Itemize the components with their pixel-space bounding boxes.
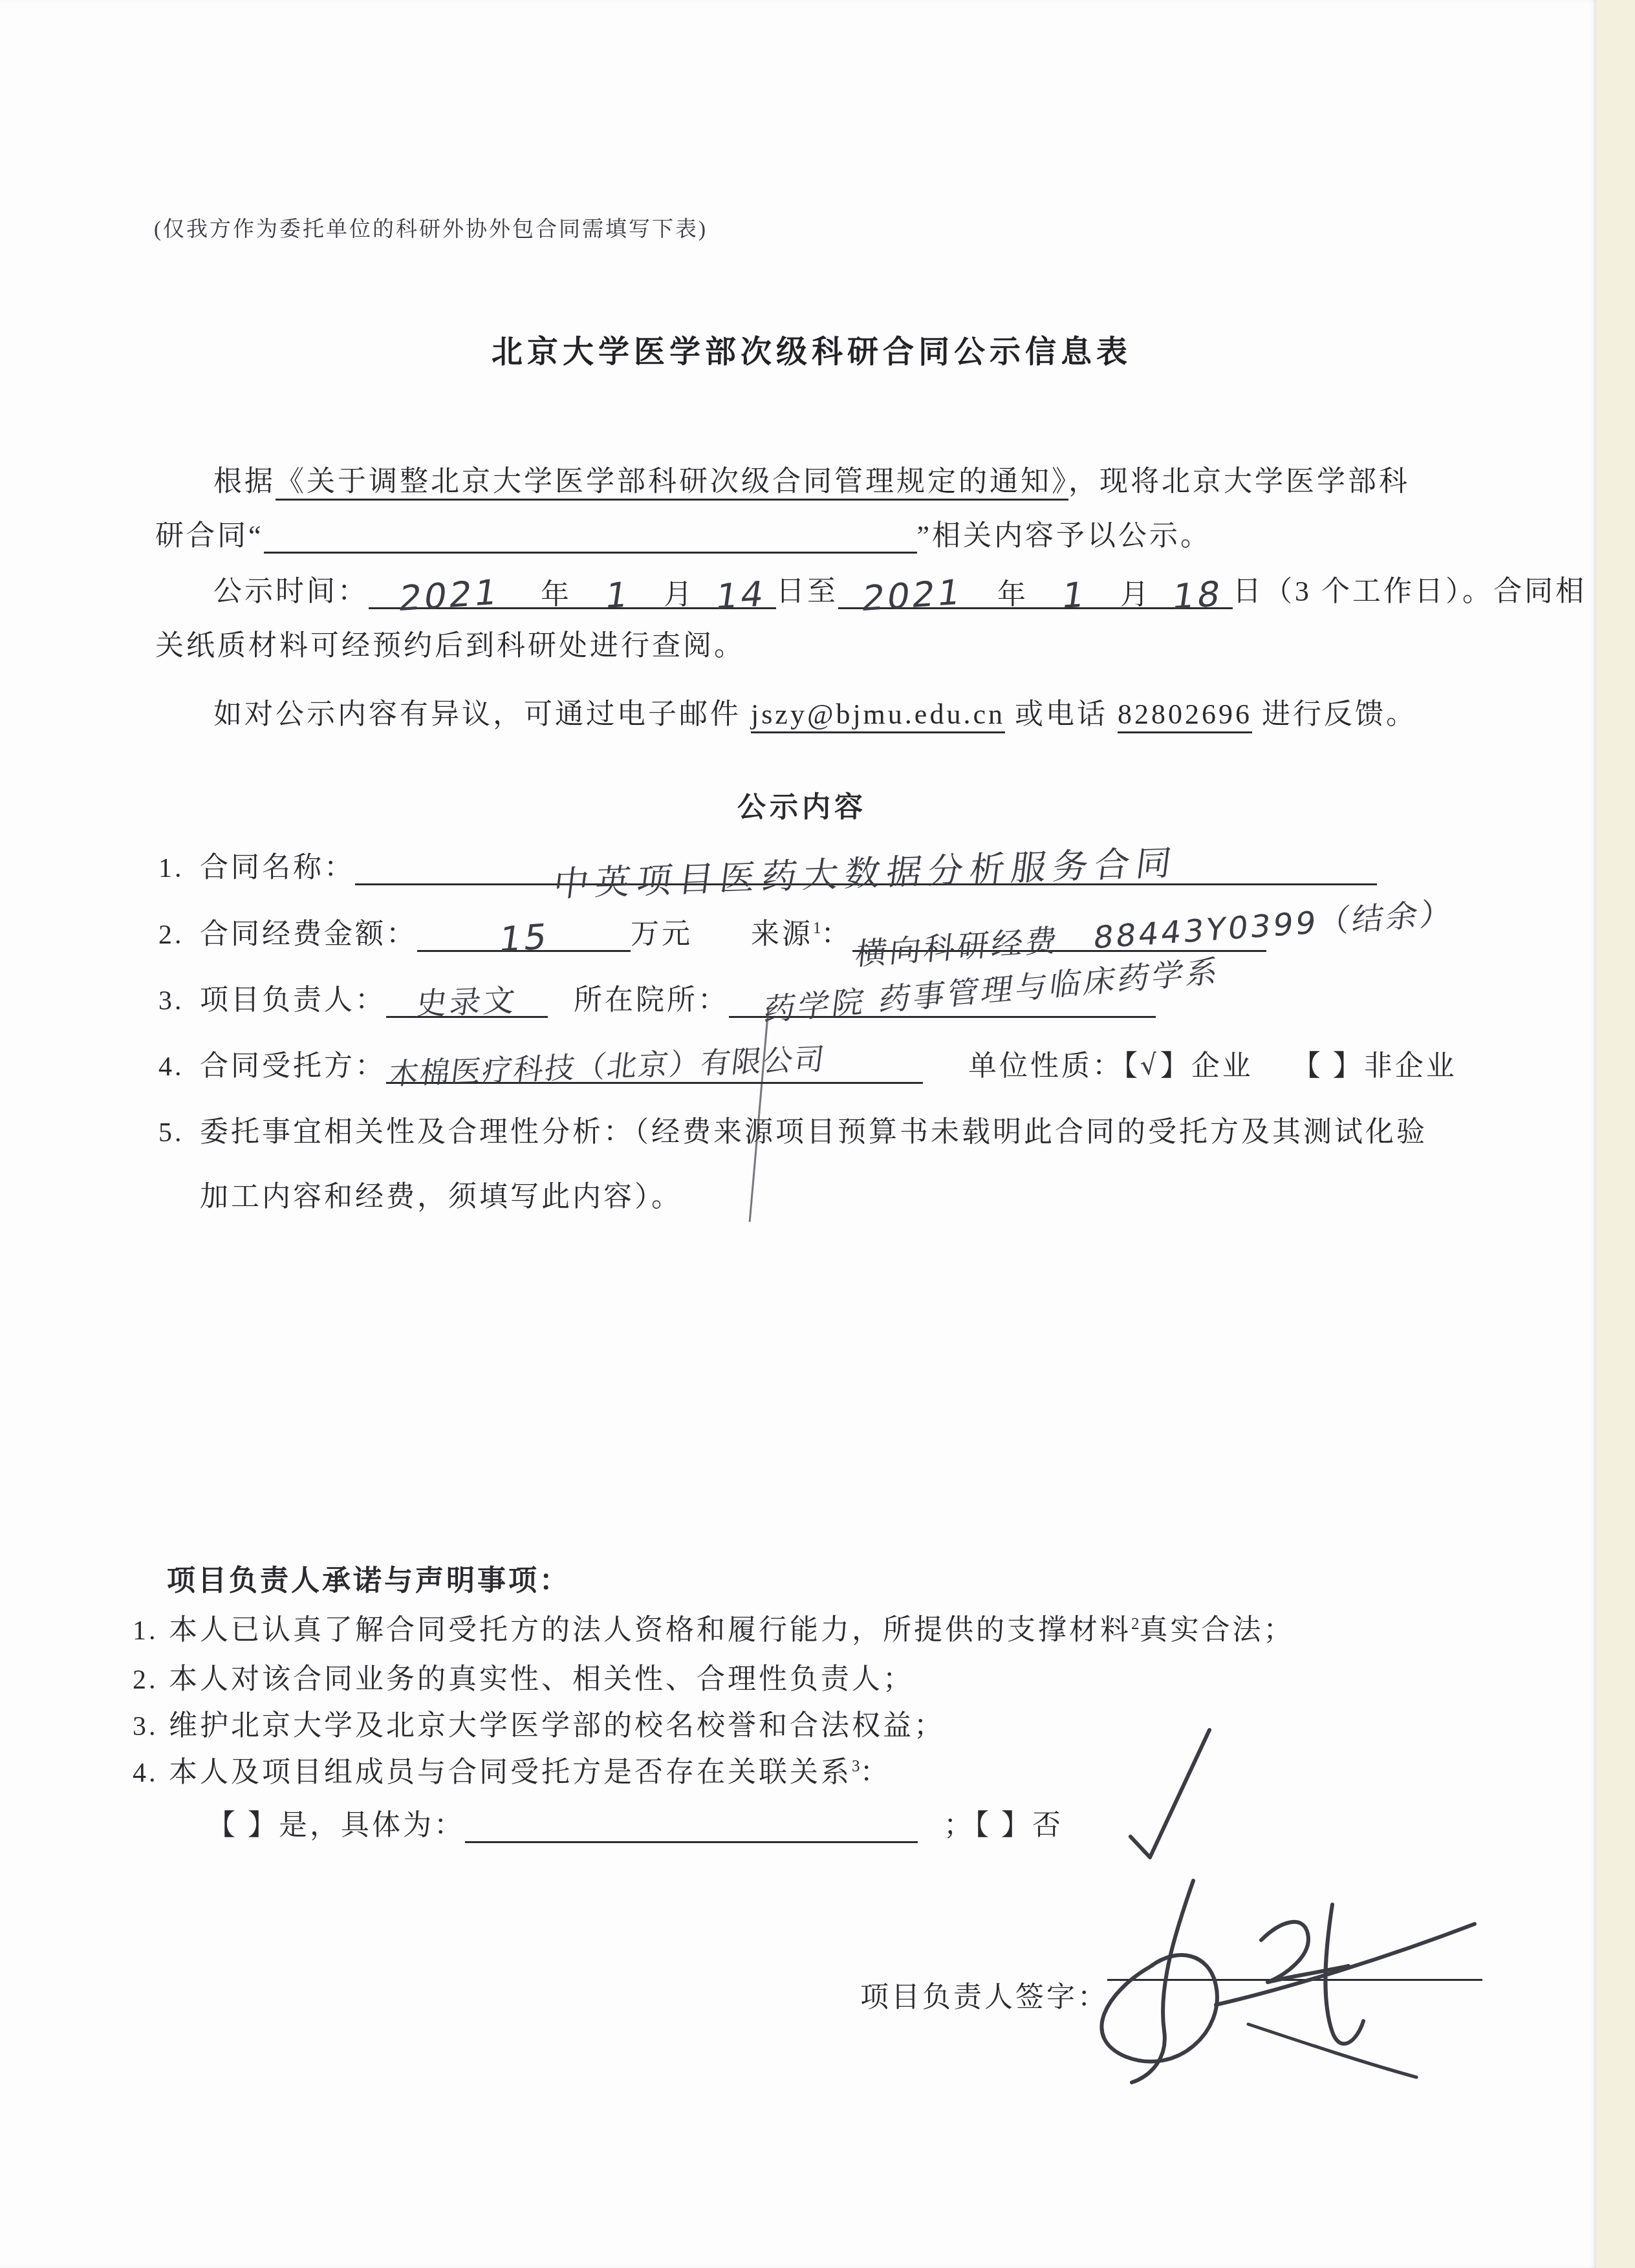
item-contractor: 4.合同受托方：木棉医疗科技（北京）有限公司单位性质：【√】企业【 】非企业	[158, 1042, 1457, 1084]
noncompany-bracket: 【 】	[1292, 1050, 1364, 1082]
item3-number: 3.	[158, 986, 200, 1017]
end-month-blank: 1	[1039, 571, 1110, 609]
decl2-text: 本人对该合同业务的真实性、相关性、合理性负责人；	[169, 1663, 914, 1695]
noncompany-option: 非企业	[1364, 1050, 1457, 1082]
form-title: 北京大学医学部次级科研合同公示信息表	[492, 327, 1132, 371]
leader-signature-handwritten	[1054, 1869, 1494, 2089]
item2-label: 合同经费金额：	[200, 918, 417, 950]
relation-no-checkmark-handwritten	[1112, 1707, 1242, 1869]
dept-label: 所在院所：	[574, 984, 729, 1016]
publicity-label: 公示时间：	[213, 568, 369, 609]
contractor-blank: 木棉医疗科技（北京）有限公司	[386, 1046, 923, 1084]
relation-no-text: 否	[1032, 1809, 1063, 1841]
amount-unit: 万元	[631, 918, 693, 950]
regulation-title: 《关于调整北京大学医学部科研次级合同管理规定的通知》	[276, 466, 1068, 501]
item-analysis-line1: 5.委托事宜相关性及合理性分析：（经费来源项目预算书未载明此合同的受托方及其测试…	[158, 1108, 1427, 1150]
item2-number: 2.	[158, 920, 200, 951]
feedback-email: jszy@bjmu.edu.cn	[751, 698, 1005, 733]
end-year-handwritten: 2021	[860, 572, 966, 620]
item4-label: 合同受托方：	[200, 1050, 386, 1082]
contract-name-handwritten: 中英项目医药大数据分析服务合同	[551, 835, 1181, 906]
item-project-leader: 3.项目负责人：史录文所在院所：药学院 药事管理与临床药学系	[158, 977, 1156, 1018]
relation-detail-blank	[465, 1805, 918, 1843]
start-month-blank: 1	[582, 571, 653, 609]
source-label: 来源	[751, 918, 813, 950]
decl1-footnote-mark: 2	[1131, 1615, 1140, 1633]
decl4-tail: ：	[860, 1756, 891, 1788]
item-contract-amount: 2.合同经费金额：15万元来源1：横向科研经费 88443Y0399（结余）	[158, 911, 1266, 952]
scanned-form-page: { "colors": { "paper": "#fdfdfe", "scann…	[0, 0, 1635, 2268]
decl2-number: 2.	[133, 1665, 169, 1696]
declaration-item-2: 2.本人对该合同业务的真实性、相关性、合理性负责人；	[133, 1656, 914, 1697]
relation-semicolon: ；	[944, 1809, 975, 1841]
declaration-item-3: 3.维护北京大学及北京大学医学部的校名校誉和合法权益；	[133, 1702, 945, 1744]
month-char1: 月	[653, 571, 705, 609]
feedback-suffix: 进行反馈。	[1252, 698, 1417, 730]
declaration-item-4: 4.本人及项目组成员与合同受托方是否存在关联关系3：	[133, 1749, 891, 1790]
intro-prefix: 根据	[213, 466, 276, 497]
scanned-paper: (仅我方作为委托单位的科研外协外包合同需填写下表) 北京大学医学部次级科研合同公…	[0, 0, 1596, 2268]
decl1-text: 本人已认真了解合同受托方的法人资格和履行能力，所提供的支撑材料	[169, 1614, 1131, 1646]
end-day-handwritten: 18	[1169, 573, 1226, 617]
publicity-line1-suffix: （3 个工作日）。合同相	[1264, 568, 1586, 609]
feedback-line: 如对公示内容有异议，可通过电子邮件 jszy@bjmu.edu.cn 或电话 8…	[213, 691, 1417, 732]
relation-yes-box: 【 】	[207, 1809, 279, 1841]
publicity-line1: 公示时间： 2021 年 1 月 14 日至 2021 年 1 月 18 日 （…	[213, 568, 1586, 609]
feedback-prefix: 如对公示内容有异议，可通过电子邮件	[213, 698, 751, 730]
company-option: 企业	[1191, 1050, 1253, 1082]
feedback-middle: 或电话	[1005, 698, 1118, 730]
item5-number: 5.	[158, 1118, 200, 1149]
start-year-handwritten: 2021	[396, 572, 503, 620]
item5-label: 委托事宜相关性及合理性分析：	[200, 1116, 634, 1148]
intro-line2-suffix: 相关内容予以公示。	[932, 520, 1211, 552]
start-month-handwritten: 1	[602, 574, 633, 617]
decl3-text: 维护北京大学及北京大学医学部的校名校誉和合法权益；	[169, 1710, 945, 1742]
item5-rest: （经费来源项目预算书未载明此合同的受托方及其测试化验	[634, 1116, 1427, 1148]
intro-line2-prefix: 研合同	[155, 520, 248, 552]
item4-number: 4.	[158, 1052, 200, 1083]
relation-line: 【 】是，具体为：；【 】否	[207, 1802, 1063, 1843]
declaration-heading: 项目负责人承诺与声明事项：	[167, 1557, 570, 1599]
item1-label: 合同名称：	[200, 852, 355, 883]
month-char2: 月	[1110, 571, 1162, 609]
company-checkmark-handwritten: √	[1139, 1048, 1162, 1082]
source-colon: ：	[821, 918, 852, 950]
relation-yes-text: 是，具体为：	[279, 1809, 465, 1841]
item-contract-name: 1.合同名称：中英项目医药大数据分析服务合同	[158, 844, 1377, 885]
publicity-line2: 关纸质材料可经预约后到科研处进行查阅。	[155, 622, 745, 664]
decl1-tail: 真实合法；	[1140, 1614, 1295, 1646]
decl4-footnote-mark: 3	[852, 1758, 860, 1775]
intro-line1-suffix: ，现将北京大学医学部科	[1068, 466, 1410, 497]
intro-line1: 根据《关于调整北京大学医学部科研次级合同管理规定的通知》，现将北京大学医学部科	[213, 458, 1410, 499]
day-char: 日	[1233, 568, 1264, 609]
item3-label: 项目负责人：	[200, 984, 386, 1016]
leader-name-blank: 史录文	[386, 980, 548, 1018]
declaration-item-1: 1.本人已认真了解合同受托方的法人资格和履行能力，所提供的支撑材料2真实合法；	[133, 1606, 1295, 1648]
end-month-handwritten: 1	[1059, 574, 1090, 617]
content-heading: 公示内容	[737, 784, 867, 825]
item1-number: 1.	[158, 853, 200, 884]
company-bracket-open: 【	[1123, 1050, 1140, 1082]
quote-close: ”	[917, 520, 933, 552]
company-bracket-close: 】	[1160, 1050, 1191, 1082]
nature-label: 单位性质：	[968, 1050, 1123, 1082]
day-to-char: 日至	[776, 568, 838, 609]
leader-name-handwritten: 史录文	[413, 975, 520, 1023]
decl3-number: 3.	[133, 1711, 169, 1742]
decl1-number: 1.	[133, 1615, 169, 1647]
source-footnote-mark: 1	[813, 920, 821, 937]
feedback-phone: 82802696	[1118, 698, 1252, 733]
amount-handwritten: 15	[496, 916, 552, 960]
decl4-number: 4.	[133, 1758, 169, 1789]
top-note: (仅我方作为委托单位的科研外协外包合同需填写下表)	[154, 212, 708, 243]
item-analysis-line2: 加工内容和经费，须填写此内容）。	[200, 1173, 682, 1215]
contract-name-blank	[264, 515, 917, 554]
source-blank: 横向科研经费 88443Y0399（结余）	[852, 914, 1266, 952]
decl4-text: 本人及项目组成员与合同受托方是否存在关联关系	[169, 1756, 852, 1788]
start-day-blank: 14	[705, 571, 776, 609]
relation-no-box: 【 】	[975, 1809, 1032, 1841]
start-year-blank: 2021	[369, 571, 530, 609]
quote-open: “	[248, 520, 264, 552]
dept-blank: 药学院 药事管理与临床药学系	[729, 980, 1156, 1018]
amount-blank: 15	[417, 914, 631, 952]
year-char1: 年	[530, 571, 582, 609]
end-year-blank: 2021	[838, 571, 987, 609]
intro-line2: 研合同“”相关内容予以公示。	[155, 512, 1211, 554]
item1-blank: 中英项目医药大数据分析服务合同	[355, 847, 1377, 885]
end-day-blank: 18	[1162, 571, 1233, 609]
start-day-handwritten: 14	[713, 573, 769, 617]
year-char2: 年	[987, 571, 1039, 609]
